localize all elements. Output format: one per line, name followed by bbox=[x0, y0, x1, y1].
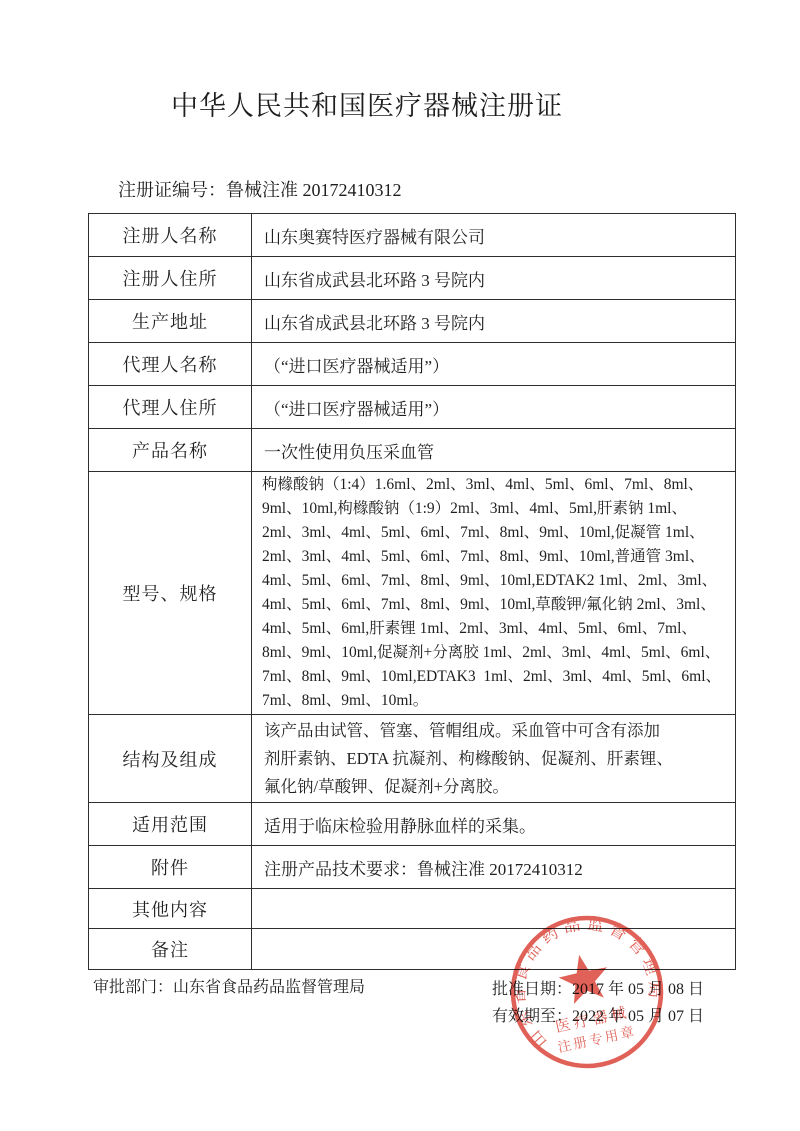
table-row: 产品名称 一次性使用负压采血管 bbox=[89, 429, 736, 472]
row-label: 产品名称 bbox=[89, 429, 252, 472]
table-row: 附件 注册产品技术要求：鲁械注准 20172410312 bbox=[89, 846, 736, 889]
page-title: 中华人民共和国医疗器械注册证 bbox=[0, 84, 734, 123]
row-label: 注册人住所 bbox=[89, 257, 252, 300]
row-label: 适用范围 bbox=[89, 803, 252, 846]
table-row: 结构及组成 该产品由试管、管塞、管帽组成。采血管中可含有添加 剂肝素钠、EDTA… bbox=[89, 715, 736, 803]
registration-number: 注册证编号：鲁械注准 20172410312 bbox=[118, 176, 402, 202]
row-label: 型号、规格 bbox=[89, 472, 252, 715]
table-row: 生产地址 山东省成武县北环路 3 号院内 bbox=[89, 300, 736, 343]
official-seal: 山东省食品药品监督管理局 医疗器械 注册专用章 bbox=[490, 892, 684, 1092]
table-row: 注册人名称 山东奥赛特医疗器械有限公司 bbox=[89, 214, 736, 257]
row-value: 山东省成武县北环路 3 号院内 bbox=[252, 300, 736, 343]
table-row: 代理人名称 （“进口医疗器械适用”） bbox=[89, 343, 736, 386]
row-value: 山东奥赛特医疗器械有限公司 bbox=[252, 214, 736, 257]
row-label: 生产地址 bbox=[89, 300, 252, 343]
row-label: 代理人名称 bbox=[89, 343, 252, 386]
row-value: 适用于临床检验用静脉血样的采集。 bbox=[252, 803, 736, 846]
seal-star-icon bbox=[555, 950, 613, 1006]
row-value: （“进口医疗器械适用”） bbox=[252, 386, 736, 429]
row-value: 一次性使用负压采血管 bbox=[252, 429, 736, 472]
table-row: 型号、规格 枸橼酸钠（1:4）1.6ml、2ml、3ml、4ml、5ml、6ml… bbox=[89, 472, 736, 715]
row-label: 代理人住所 bbox=[89, 386, 252, 429]
row-label: 备注 bbox=[89, 929, 252, 970]
row-value: 山东省成武县北环路 3 号院内 bbox=[252, 257, 736, 300]
row-label: 结构及组成 bbox=[89, 715, 252, 803]
row-label: 其他内容 bbox=[89, 889, 252, 929]
row-value: 注册产品技术要求：鲁械注准 20172410312 bbox=[252, 846, 736, 889]
certificate-page: 中华人民共和国医疗器械注册证 注册证编号：鲁械注准 20172410312 注册… bbox=[0, 0, 800, 1131]
row-value: （“进口医疗器械适用”） bbox=[252, 343, 736, 386]
table-row: 代理人住所 （“进口医疗器械适用”） bbox=[89, 386, 736, 429]
table-row: 注册人住所 山东省成武县北环路 3 号院内 bbox=[89, 257, 736, 300]
row-value: 枸橼酸钠（1:4）1.6ml、2ml、3ml、4ml、5ml、6ml、7ml、8… bbox=[252, 472, 736, 715]
table-row: 适用范围 适用于临床检验用静脉血样的采集。 bbox=[89, 803, 736, 846]
row-label: 注册人名称 bbox=[89, 214, 252, 257]
row-label: 附件 bbox=[89, 846, 252, 889]
row-value: 该产品由试管、管塞、管帽组成。采血管中可含有添加 剂肝素钠、EDTA 抗凝剂、枸… bbox=[252, 715, 736, 803]
info-table: 注册人名称 山东奥赛特医疗器械有限公司 注册人住所 山东省成武县北环路 3 号院… bbox=[88, 213, 736, 970]
approval-department: 审批部门：山东省食品药品监督管理局 bbox=[93, 974, 365, 997]
